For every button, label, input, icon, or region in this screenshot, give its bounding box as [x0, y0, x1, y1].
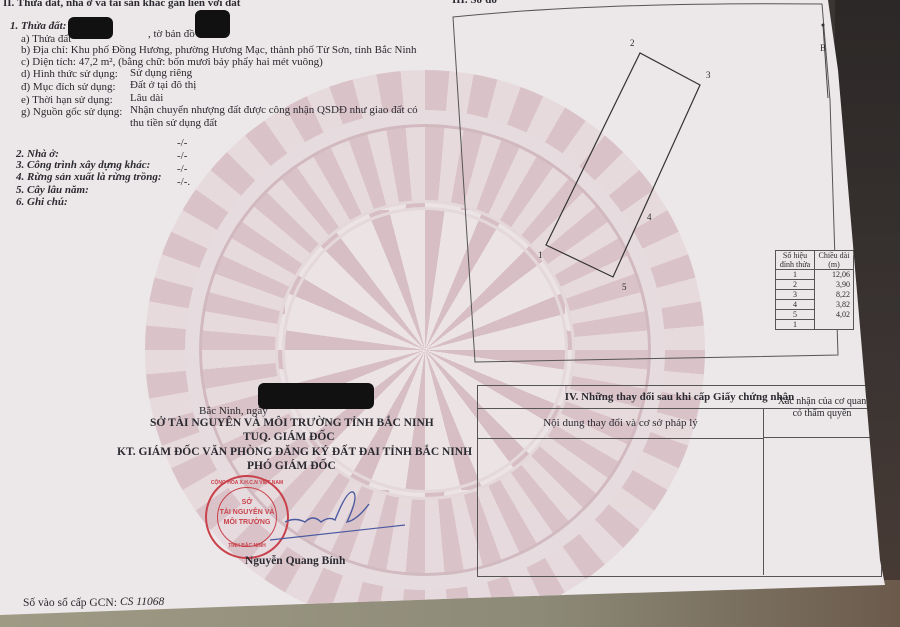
changes-col-confirm-line2: có thẩm quyền [764, 408, 880, 420]
changes-divider [763, 438, 764, 575]
north-label: B [820, 43, 826, 53]
changes-table: IV. Những thay đổi sau khi cấp Giấy chứn… [477, 385, 882, 577]
point-3-label: 3 [706, 70, 711, 80]
row-length: 3,82 [815, 300, 854, 310]
point-1-label: 1 [538, 250, 543, 260]
role-title: PHÓ GIÁM ĐỐC [247, 460, 336, 472]
kt-title: KT. GIÁM ĐỐC VĂN PHÒNG ĐĂNG KÝ ĐẤT ĐAI T… [117, 446, 472, 458]
row-point: 3 [776, 290, 815, 300]
row-length: 8,22 [815, 290, 854, 300]
row-length: 3,90 [815, 280, 854, 290]
redaction-date [258, 383, 374, 409]
changes-col-confirm: Xác nhận của cơ quan có thẩm quyền [764, 392, 880, 438]
signer-name: Nguyễn Quang Bính [245, 555, 345, 567]
row-length: 4,02 [815, 310, 854, 320]
registry-label: Số vào sổ cấp GCN: [23, 597, 117, 609]
row-point: 4 [776, 300, 815, 310]
header-length: Chiều dài (m) [815, 251, 854, 270]
row-point: 1 [776, 270, 815, 280]
row-point: 2 [776, 280, 815, 290]
row-point: 1 [776, 320, 815, 330]
row-length [815, 320, 854, 330]
handwritten-signature [250, 480, 410, 550]
point-2-label: 2 [630, 38, 635, 48]
changes-col-content: Nội dung thay đổi và cơ sở pháp lý [478, 408, 764, 439]
point-4-label: 4 [647, 212, 652, 222]
org-name: SỞ TÀI NGUYÊN VÀ MÔI TRƯỜNG TỈNH BẮC NIN… [150, 417, 434, 429]
edge-length-table: Số hiệu đỉnh thửa Chiều dài (m) 112,06 2… [775, 250, 854, 330]
registry-value: CS 11068 [120, 596, 164, 608]
header-point: Số hiệu đỉnh thửa [776, 251, 815, 270]
changes-col-confirm-line1: Xác nhận của cơ quan [764, 396, 880, 408]
certificate-page: II. Thửa đất, nhà ở và tài sản khác gắn … [0, 0, 895, 620]
row-length: 12,06 [815, 270, 854, 280]
point-5-label: 5 [622, 282, 627, 292]
row-point: 5 [776, 310, 815, 320]
tuq-title: TUQ. GIÁM ĐỐC [243, 431, 335, 443]
place-date: Bắc Ninh, ngày [199, 405, 268, 417]
